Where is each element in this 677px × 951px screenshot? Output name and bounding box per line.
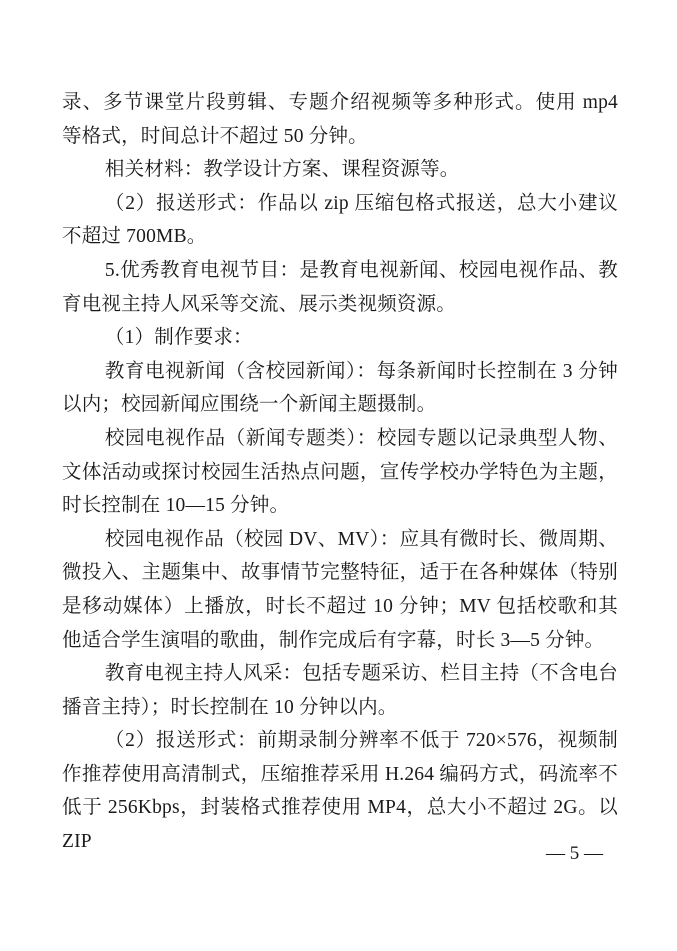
paragraph-item5-intro: 5.优秀教育电视节目：是教育电视新闻、校园电视作品、教育电视主持人风采等交流、展… — [62, 254, 618, 321]
page-footer: — 5 — — [546, 844, 603, 863]
paragraph-continuation: 录、多节课堂片段剪辑、专题介绍视频等多种形式。使用 mp4 等格式，时间总计不超… — [62, 86, 618, 153]
document-page: 录、多节课堂片段剪辑、专题介绍视频等多种形式。使用 mp4 等格式，时间总计不超… — [0, 0, 677, 951]
paragraph-submission-format-video: （2）报送形式：前期录制分辨率不低于 720×576，视频制作推荐使用高清制式，… — [62, 724, 618, 858]
document-body: 录、多节课堂片段剪辑、专题介绍视频等多种形式。使用 mp4 等格式，时间总计不超… — [62, 86, 618, 859]
paragraph-campus-tv-news-special: 校园电视作品（新闻专题类）：校园专题以记录典型人物、文体活动或探讨校园生活热点问… — [62, 422, 618, 523]
paragraph-campus-dv-mv: 校园电视作品（校园 DV、MV）：应具有微时长、微周期、微投入、主题集中、故事情… — [62, 523, 618, 657]
paragraph-tv-host: 教育电视主持人风采：包括专题采访、栏目主持（不含电台播音主持）；时长控制在 10… — [62, 657, 618, 724]
page-number: — 5 — — [546, 843, 603, 864]
paragraph-submission-format-zip: （2）报送形式：作品以 zip 压缩包格式报送，总大小建议不超过 700MB。 — [62, 187, 618, 254]
paragraph-production-requirements-heading: （1）制作要求： — [62, 321, 618, 355]
paragraph-related-materials: 相关材料：教学设计方案、课程资源等。 — [62, 153, 618, 187]
paragraph-tv-news: 教育电视新闻（含校园新闻）：每条新闻时长控制在 3 分钟以内；校园新闻应围绕一个… — [62, 355, 618, 422]
